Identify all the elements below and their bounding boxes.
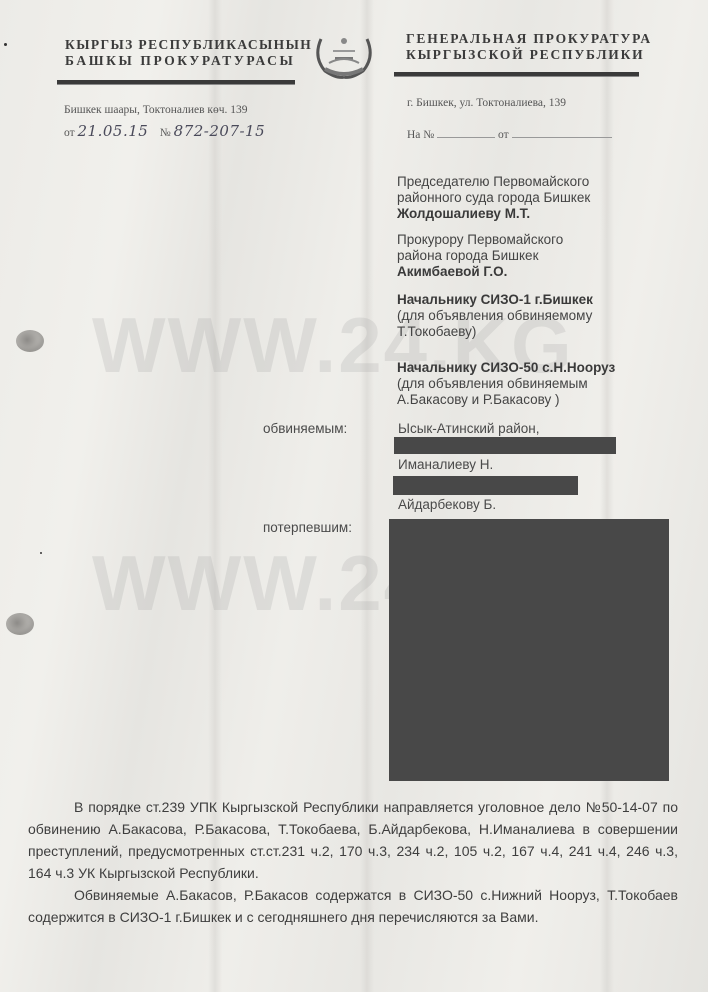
recipient-district-prosecutor: Прокурору Первомайского района города Би… [397, 232, 563, 280]
recipient-sizo-1: Начальнику СИЗО-1 г.Бишкек (для объявлен… [397, 292, 593, 340]
recipient-line: А.Бакасову и Р.Бакасову ) [397, 392, 615, 408]
ref-number-blank [437, 127, 495, 138]
ref-from: от [498, 129, 509, 141]
ref-date-blank [512, 127, 612, 138]
header-right-address: г. Бишкек, ул. Токтоналиева, 139 [407, 97, 566, 109]
recipient-title: Начальнику СИЗО-50 с.Н.Нооруз [397, 360, 615, 376]
handwritten-number: 872-207-15 [174, 122, 265, 140]
redaction-block [389, 519, 669, 781]
body-paragraph: Обвиняемые А.Бакасов, Р.Бакасов содержат… [28, 884, 678, 928]
recipient-line: районного суда города Бишкек [397, 190, 590, 206]
recipient-court-chair: Председателю Первомайского районного суд… [397, 174, 590, 222]
speck [4, 43, 7, 46]
recipient-line: Прокурору Первомайского [397, 232, 563, 248]
redaction-block [394, 437, 616, 454]
recipient-line: района города Бишкек [397, 248, 563, 264]
victim-label: потерпевшим: [263, 520, 352, 535]
kyrgyz-prosecutor-emblem-icon [311, 33, 377, 79]
header-right-title: ГЕНЕРАЛЬНАЯ ПРОКУРАТУРА КЫРГЫЗСКОЙ РЕСПУ… [406, 31, 652, 63]
header-left-address: Бишкек шаары, Токтоналиев көч. 139 [64, 104, 248, 116]
ref-prefix: На № [407, 129, 434, 141]
date-prefix: от [64, 127, 75, 139]
incoming-ref: На № от [407, 127, 612, 141]
header-right-title-line2: КЫРГЫЗСКОЙ РЕСПУБЛИКИ [406, 47, 652, 63]
redaction-block [393, 476, 578, 495]
punch-hole [16, 330, 44, 352]
handwritten-date: 21.05.15 [78, 122, 149, 140]
accused-line: Айдарбекову Б. [398, 497, 496, 512]
recipient-line: (для объявления обвиняемым [397, 376, 615, 392]
accused-line: Ысык-Атинский район, [398, 421, 539, 436]
speck [40, 552, 42, 554]
header-left-title-line1: КЫРГЫЗ РЕСПУБЛИКАСЫНЫН [65, 37, 312, 53]
body-paragraph: В порядке ст.239 УПК Кыргызской Республи… [28, 796, 678, 884]
recipient-line: (для объявления обвиняемому [397, 308, 593, 324]
accused-line: Иманалиеву Н. [398, 457, 493, 472]
outgoing-ref: от 21.05.15 № 872-207-15 [64, 122, 265, 140]
recipient-sizo-50: Начальнику СИЗО-50 с.Н.Нооруз (для объяв… [397, 360, 615, 408]
recipient-line: Председателю Первомайского [397, 174, 590, 190]
recipient-name: Жолдошалиеву М.Т. [397, 206, 590, 222]
recipient-title: Начальнику СИЗО-1 г.Бишкек [397, 292, 593, 308]
accused-label: обвиняемым: [263, 421, 347, 436]
punch-hole [6, 613, 34, 635]
letter-body: В порядке ст.239 УПК Кыргызской Республи… [28, 796, 678, 928]
header-left-rule [57, 80, 295, 85]
header-left-title: КЫРГЫЗ РЕСПУБЛИКАСЫНЫН БАШКЫ ПРОКУРАТУРА… [65, 37, 312, 69]
header-right-title-line1: ГЕНЕРАЛЬНАЯ ПРОКУРАТУРА [406, 31, 652, 47]
header-left-title-line2: БАШКЫ ПРОКУРАТУРАСЫ [65, 53, 312, 69]
recipient-name: Акимбаевой Г.О. [397, 264, 563, 280]
recipient-line: Т.Токобаеву) [397, 324, 593, 340]
number-prefix: № [160, 127, 171, 139]
header-right-rule [394, 72, 639, 77]
